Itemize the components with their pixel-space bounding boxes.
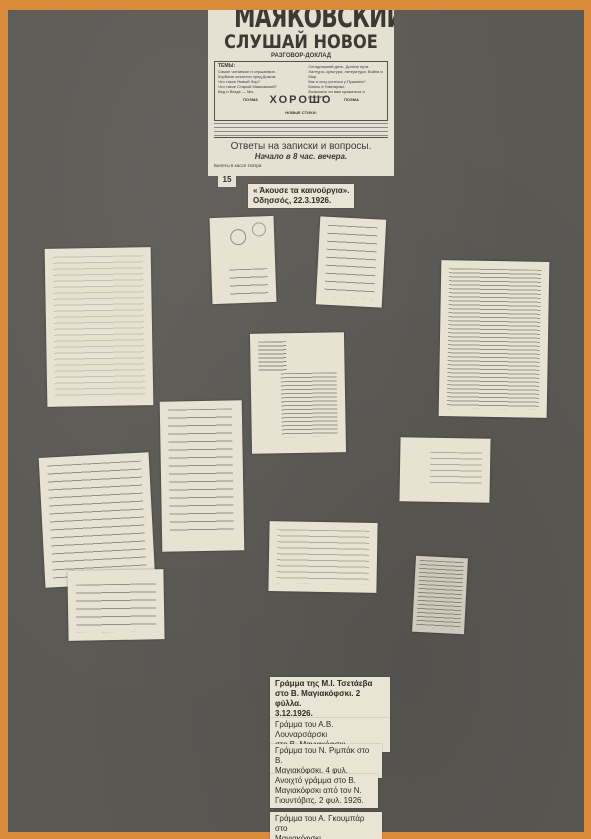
poster-themes-left: ТЕМЫ: Самое читаемое и слушаемое. Корбюз…	[218, 64, 294, 94]
poem-label-right: ПОЭМА	[344, 97, 359, 102]
mayakovsky-poster: МАЯКОВСКИЙ СЛУШАЙ НОВОЕ РАЗГОВОР-ДОКЛАД …	[208, 10, 394, 176]
handwritten-letter	[316, 216, 387, 307]
postmark-icon	[252, 222, 266, 236]
caption-line: Γράμμα του Α.Β. Λουναρσάρσκι	[275, 720, 385, 740]
caption-line: στο Β. Μαγιακόφσκι. 2 φύλλα.	[275, 689, 385, 709]
new-poems-label: НОВЫЕ СТИХИ:	[215, 110, 387, 115]
signed-letter	[399, 437, 490, 503]
caption-line: « Άκουσε τα καινούργια».	[253, 186, 349, 196]
letter-text	[430, 452, 483, 487]
caption-line: Γράμμα του Ν. Ριμπάκ στο Β.	[275, 746, 377, 766]
tsvetaeva-letter-page-1	[39, 452, 156, 588]
caption-line: Γράμμα του Α. Γκουμπάρ στο	[275, 814, 377, 834]
item-number: 15	[218, 173, 236, 187]
note-text	[277, 529, 370, 585]
letterhead	[258, 341, 287, 371]
page-text	[416, 560, 463, 630]
caption-line: Μαγιακόφσκι.	[275, 834, 377, 839]
handwritten-poem	[160, 400, 245, 551]
typed-letter-right	[439, 260, 550, 418]
official-letter	[250, 332, 346, 454]
poem-text	[168, 408, 234, 531]
tsvetaeva-letter-page-2	[67, 569, 164, 641]
poster-themes-box: ТЕМЫ: Самое читаемое и слушаемое. Корбюз…	[214, 61, 388, 121]
typed-letter-left	[45, 247, 154, 407]
poster-kind: РАЗГОВОР-ДОКЛАД	[208, 53, 394, 59]
envelope-document	[210, 216, 277, 304]
poster-subtitle: СЛУШАЙ НОВОЕ	[222, 32, 380, 52]
caption-yudovich: Ανοιχτό γράμμα στο Β. Μαγιακόφσκι από το…	[270, 774, 378, 808]
caption-line: Ανοιχτό γράμμα στο Β.	[275, 776, 373, 786]
theme-item: Халтура, культура, литература. Война и М…	[308, 69, 384, 79]
poem-title: ХОРОШО	[215, 94, 387, 106]
letter-text	[47, 461, 147, 580]
caption-line: Γράμμα της Μ.Ι. Τσετάεβα	[275, 679, 385, 689]
caption-tsvetaeva: Γράμμα της Μ.Ι. Τσετάεβα στο Β. Μαγιακόφ…	[270, 677, 390, 721]
poster-headline: МАЯКОВСКИЙ	[234, 10, 368, 32]
poster-footer: Билеты в кассе театра	[214, 163, 388, 168]
poster-answers: Ответы на записки и вопросы.	[208, 141, 394, 152]
caption-poster: « Άκουσε τα καινούργια». Οδησσός, 22.3.1…	[248, 184, 354, 208]
typed-note	[268, 521, 377, 593]
letter-text	[324, 225, 378, 300]
caption-gubar: Γράμμα του Α. Γκουμπάρ στο Μαγιακόφσκι.	[270, 812, 382, 839]
small-dense-page	[412, 556, 468, 635]
caption-line: Γιουντόβιτς. 2 φυλ. 1926.	[275, 796, 373, 806]
letter-text	[53, 255, 145, 399]
poster-start-time: Начало в 8 час. вечера.	[208, 152, 394, 161]
caption-line: Μαγιακόφσκι από τον Ν.	[275, 786, 373, 796]
letter-text	[76, 583, 157, 632]
postmark-icon	[230, 229, 247, 246]
letter-text	[447, 268, 541, 410]
caption-rybak: Γράμμα του Ν. Ριμπάκ στο Β. Μαγιακόφσκι.…	[270, 744, 382, 778]
poster-poems-list	[214, 123, 388, 138]
letter-text	[281, 372, 338, 437]
caption-line: Οδησσός, 22.3.1926.	[253, 196, 349, 206]
address-text	[229, 268, 268, 295]
